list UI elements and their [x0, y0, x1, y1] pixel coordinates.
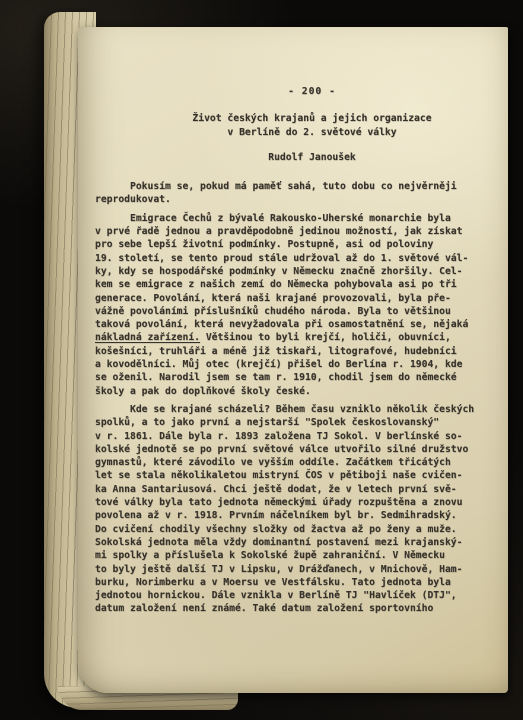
paragraph: Pokusím se, pokud má paměť sahá, tuto do… [95, 180, 487, 207]
text-line: ka Anna Santariusová. Chci ještě dodat, … [95, 483, 487, 496]
text-line: v r. 1861. Dále byla r. 1893 založena TJ… [95, 430, 487, 443]
text-line: povolena až v r. 1918. Prvním náčelníkem… [95, 509, 487, 522]
book-page: - 200 - Život českých krajanů a jejich o… [78, 27, 508, 693]
text-line: Do cvičení chodily všechny složky od žac… [95, 523, 487, 536]
book-photo: - 200 - Život českých krajanů a jejich o… [0, 0, 523, 720]
text-line: to byly ještě další TJ v Lipsku, v Drážď… [95, 563, 487, 576]
text-line: ky, kdy se hospodářské podmínky v Německ… [95, 265, 487, 278]
text-line: nákladná zařízení. Většinou to byli krej… [95, 331, 487, 344]
title-line-1: Život českých krajanů a jejich organizac… [116, 112, 508, 125]
author-name: Rudolf Janoušek [116, 151, 508, 164]
paragraph: Emigrace Čechů z bývalé Rakousko-Uherské… [95, 212, 487, 398]
text-line: a kovodělníci. Můj otec (krejčí) přišel … [95, 358, 487, 371]
page-text: - 200 - Život českých krajanů a jejich o… [95, 85, 487, 621]
text-line: se oženil. Narodil jsem se tam r. 1910, … [95, 371, 487, 384]
text-line: gymnastů, které závodilo ve vyšším oddíl… [95, 456, 487, 469]
text-line: let se stala několikaletou mistryní ČOS … [95, 469, 487, 482]
text-line: Kde se krajané scházeli? Během času vzni… [95, 403, 487, 416]
text-line: kolské jednotě se po první světové válce… [95, 443, 487, 456]
text-line: generace. Povolání, která naši krajané p… [95, 292, 487, 305]
text-line: vážně povoláními příslušníků chudého nár… [95, 305, 487, 318]
text-line: reprodukovat. [95, 193, 487, 206]
text-line: taková povolání, která nevyžadovala při … [95, 318, 487, 331]
text-line: tové války byla tato jednota německými ú… [95, 496, 487, 509]
underlined-text: nákladná zařízení. [95, 332, 200, 343]
body-text: Pokusím se, pokud má paměť sahá, tuto do… [95, 180, 487, 616]
text-line: Emigrace Čechů z bývalé Rakousko-Uherské… [95, 212, 487, 225]
text-line: spolků, a to jako první a nejstarší "Spo… [95, 416, 487, 429]
text-line: jednotou hornickou. Dále vznikla v Berlí… [95, 589, 487, 602]
text-line: školy a pak do doplňkové školy české. [95, 385, 487, 398]
title-line-2: v Berlíně do 2. světové války [116, 126, 508, 139]
page-number: - 200 - [116, 85, 508, 98]
text-line: košešníci, truhláři a méně již tiskaři, … [95, 345, 487, 358]
text-line: burku, Norimberku a v Moersu ve Vestfáls… [95, 576, 487, 589]
text-line: Pokusím se, pokud má paměť sahá, tuto do… [95, 180, 487, 193]
text-line: datum založení není známé. Také datum za… [95, 602, 487, 615]
text-line: v prvé řadě jednou a pravděpodobně jedin… [95, 225, 487, 238]
text-line: mi spolky a příslušela k Sokolské župě z… [95, 549, 487, 562]
article-title: Život českých krajanů a jejich organizac… [95, 112, 487, 139]
paragraph: Kde se krajané scházeli? Během času vzni… [95, 403, 487, 616]
text-line: pro sebe lepší životní podmínky. Postupn… [95, 238, 487, 251]
text-line: kem se emigrace z našich zemí do Německa… [95, 278, 487, 291]
text-run: Většinou to byli krejčí, holiči, obuvníc… [200, 332, 451, 343]
text-line: 19. století, se tento proud stále udržov… [95, 252, 487, 265]
text-line: Sokolská jednota měla vždy dominantní po… [95, 536, 487, 549]
